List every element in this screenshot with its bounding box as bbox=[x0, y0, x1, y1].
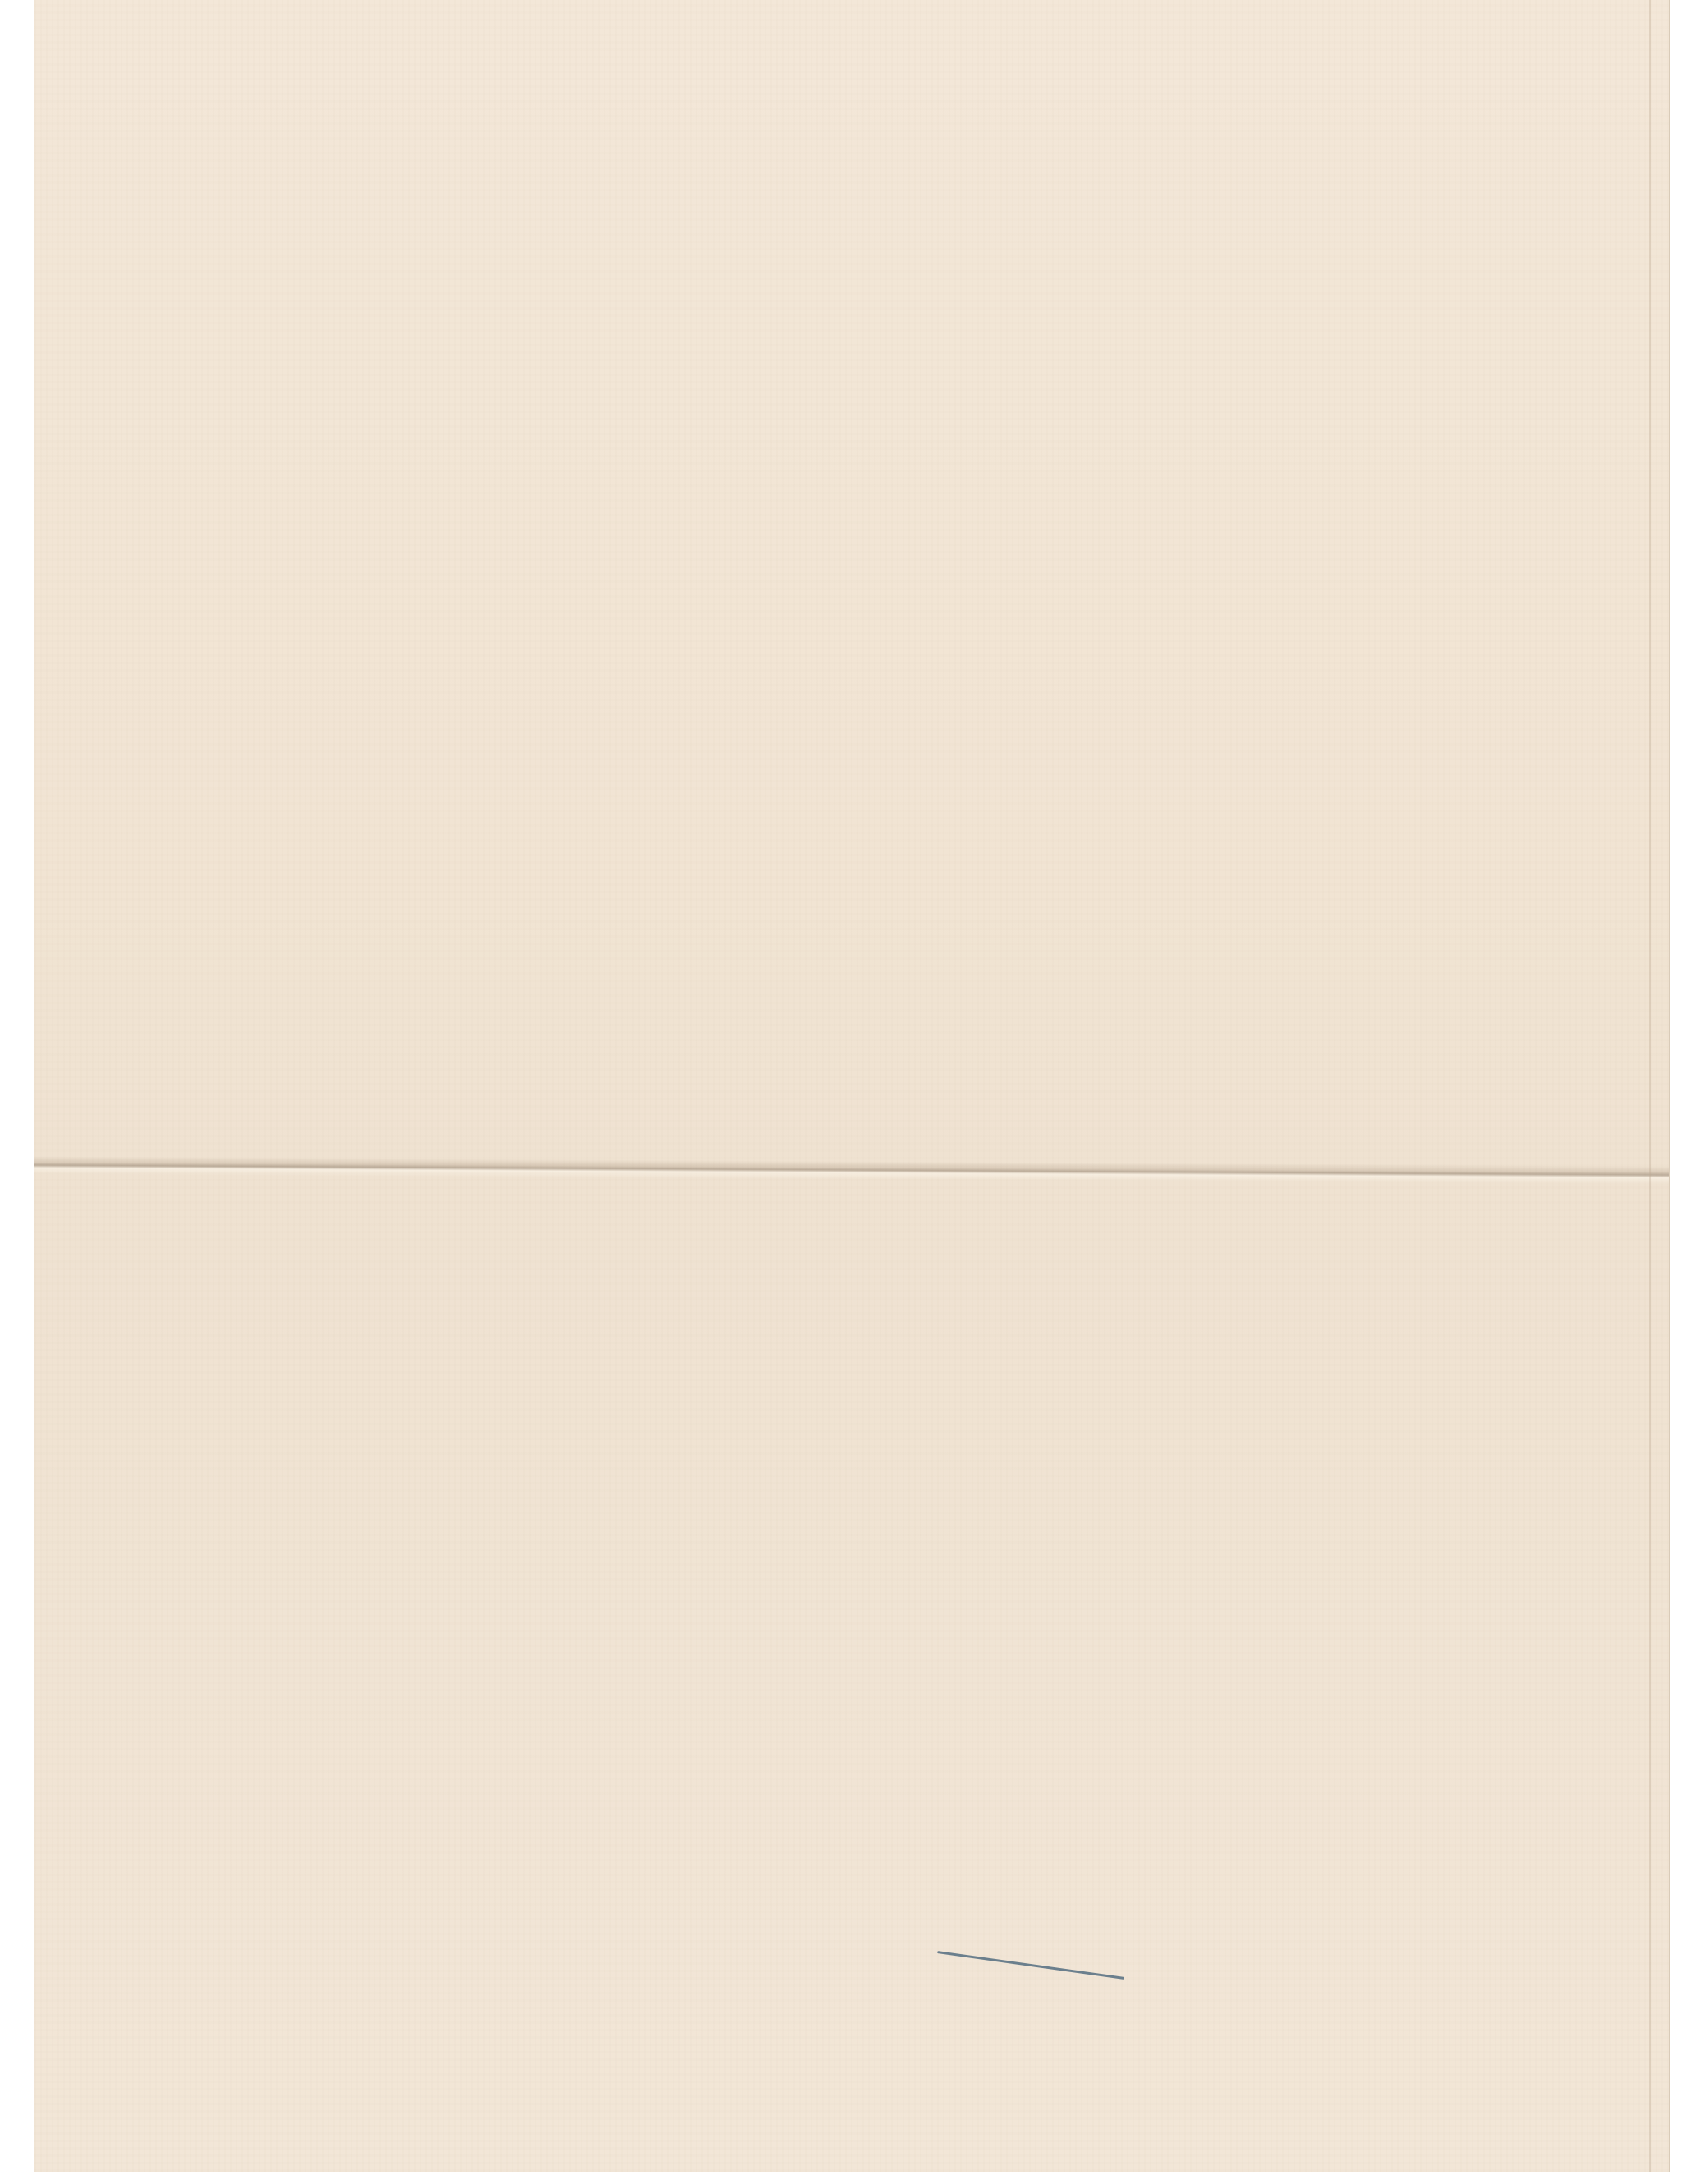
letter-paper bbox=[34, 0, 1669, 2172]
paper-edge-crease bbox=[1649, 0, 1651, 2172]
paper-fold-crease bbox=[34, 1156, 1669, 1184]
